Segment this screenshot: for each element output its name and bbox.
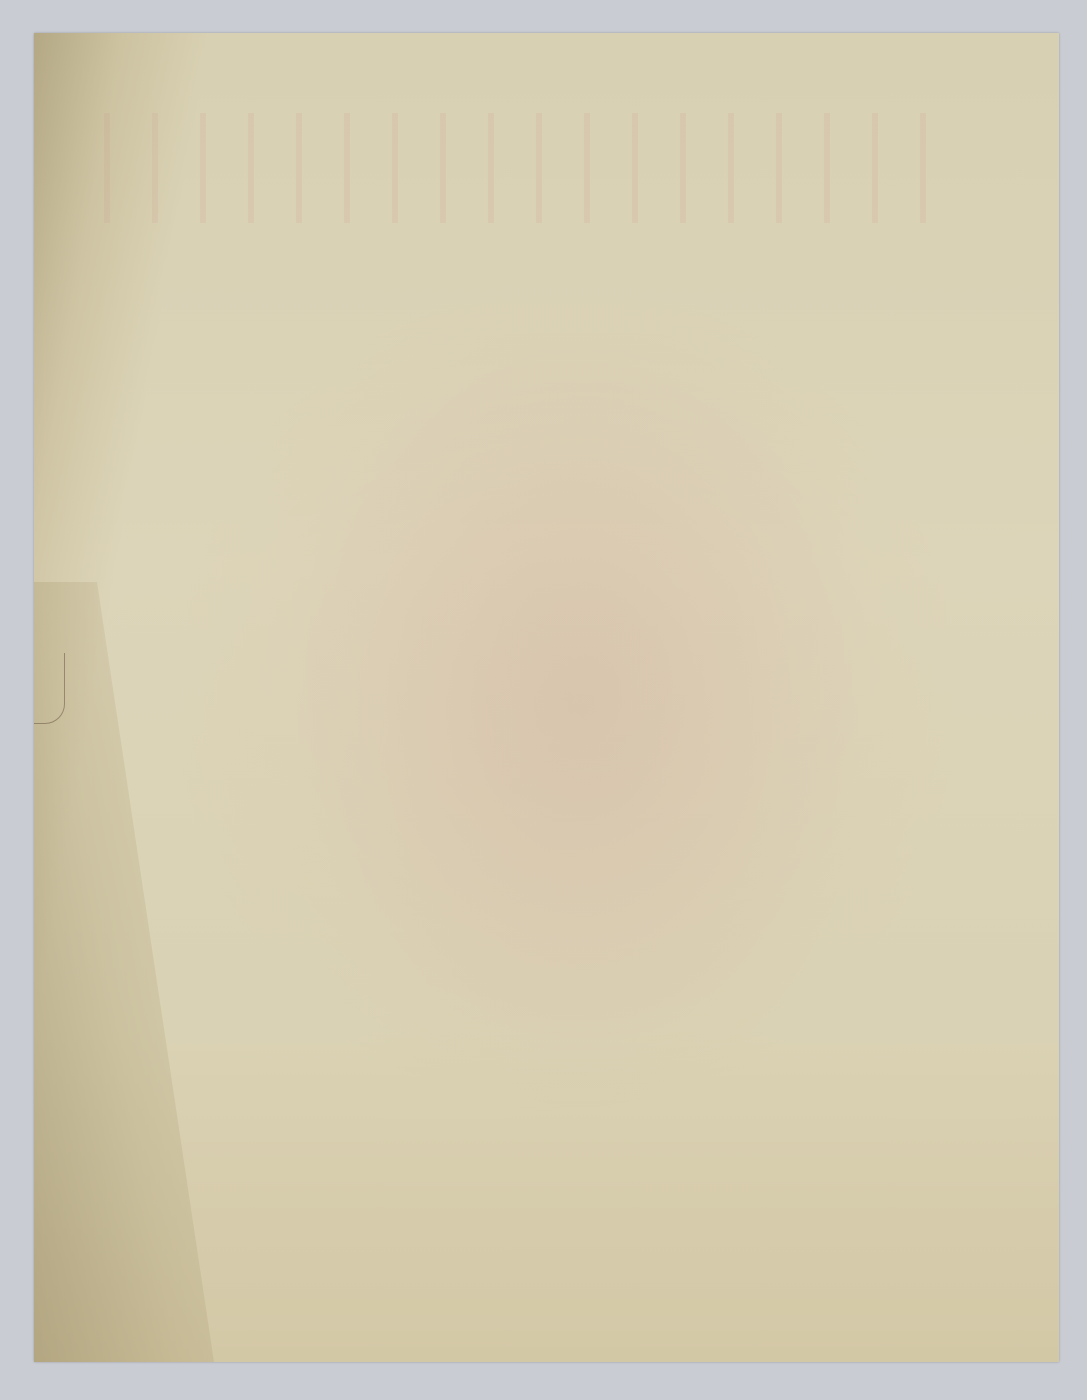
paper-sheet — [34, 33, 1059, 1362]
bleed-through-heading — [104, 113, 964, 223]
bleed-through-illustration — [264, 333, 904, 1153]
edge-tear — [34, 653, 65, 724]
